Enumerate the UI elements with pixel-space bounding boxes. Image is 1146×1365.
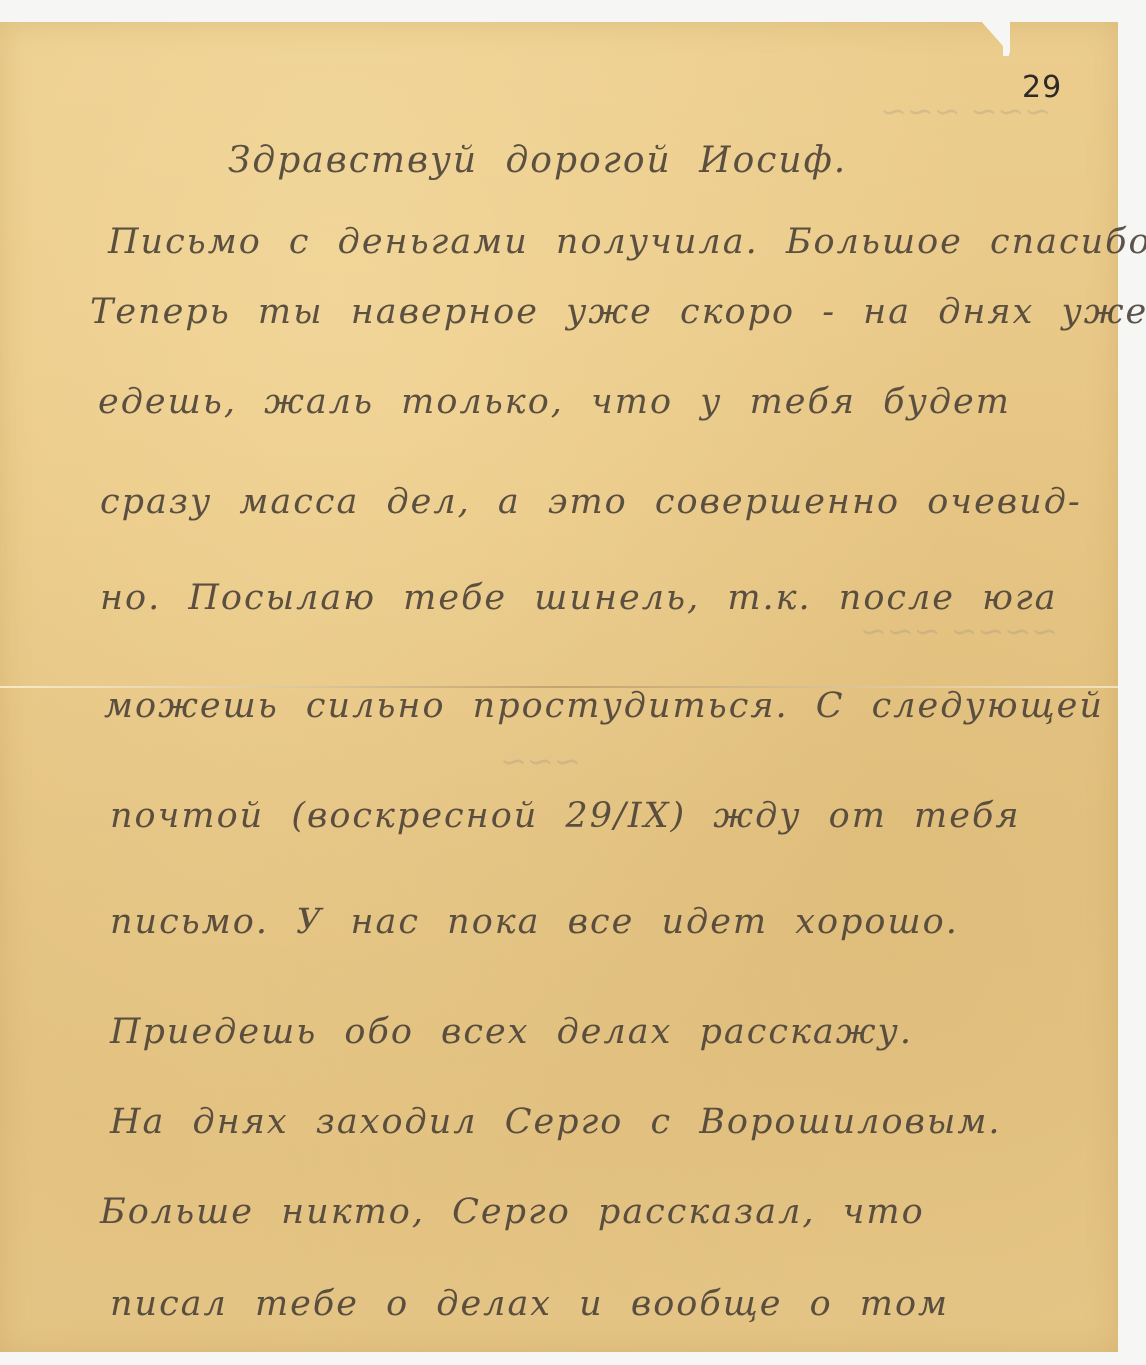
- letter-line: сразу масса дел, а это совершенно очевид…: [100, 482, 1082, 522]
- letter-line: можешь сильно простудиться. С следующей: [104, 686, 1104, 726]
- letter-line: Письмо с деньгами получила. Большое спас…: [108, 222, 1146, 262]
- letter-line: едешь, жаль только, что у тебя будет: [98, 382, 1011, 422]
- page-number: 29: [1022, 70, 1062, 105]
- letter-line: писал тебе о делах и вообще о том: [110, 1284, 949, 1324]
- letter-line: но. Посылаю тебе шинель, т.к. после юга: [100, 578, 1058, 618]
- letter-line: письмо. У нас пока все идет хорошо.: [110, 902, 959, 942]
- letter-line: На днях заходил Серго с Ворошиловым.: [110, 1102, 1002, 1142]
- letter-line: Больше никто, Серго рассказал, что: [100, 1192, 925, 1232]
- bleed-through-text: ~~~: [500, 742, 580, 780]
- serrated-top-edge: [0, 18, 1118, 26]
- letter-page: ~~~ ~~~ ~~~~ ~~~ ~~~ 29 Здравствуй дорог…: [0, 22, 1118, 1352]
- letter-line: Теперь ты наверное уже скоро - на днях у…: [90, 292, 1146, 332]
- torn-corner-notch-edge: [1003, 20, 1009, 56]
- letter-greeting: Здравствуй дорогой Иосиф.: [228, 140, 847, 181]
- letter-line: почтой (воскресной 29/IX) жду от тебя: [110, 796, 1021, 836]
- letter-line: Приедешь обо всех делах расскажу.: [110, 1012, 913, 1052]
